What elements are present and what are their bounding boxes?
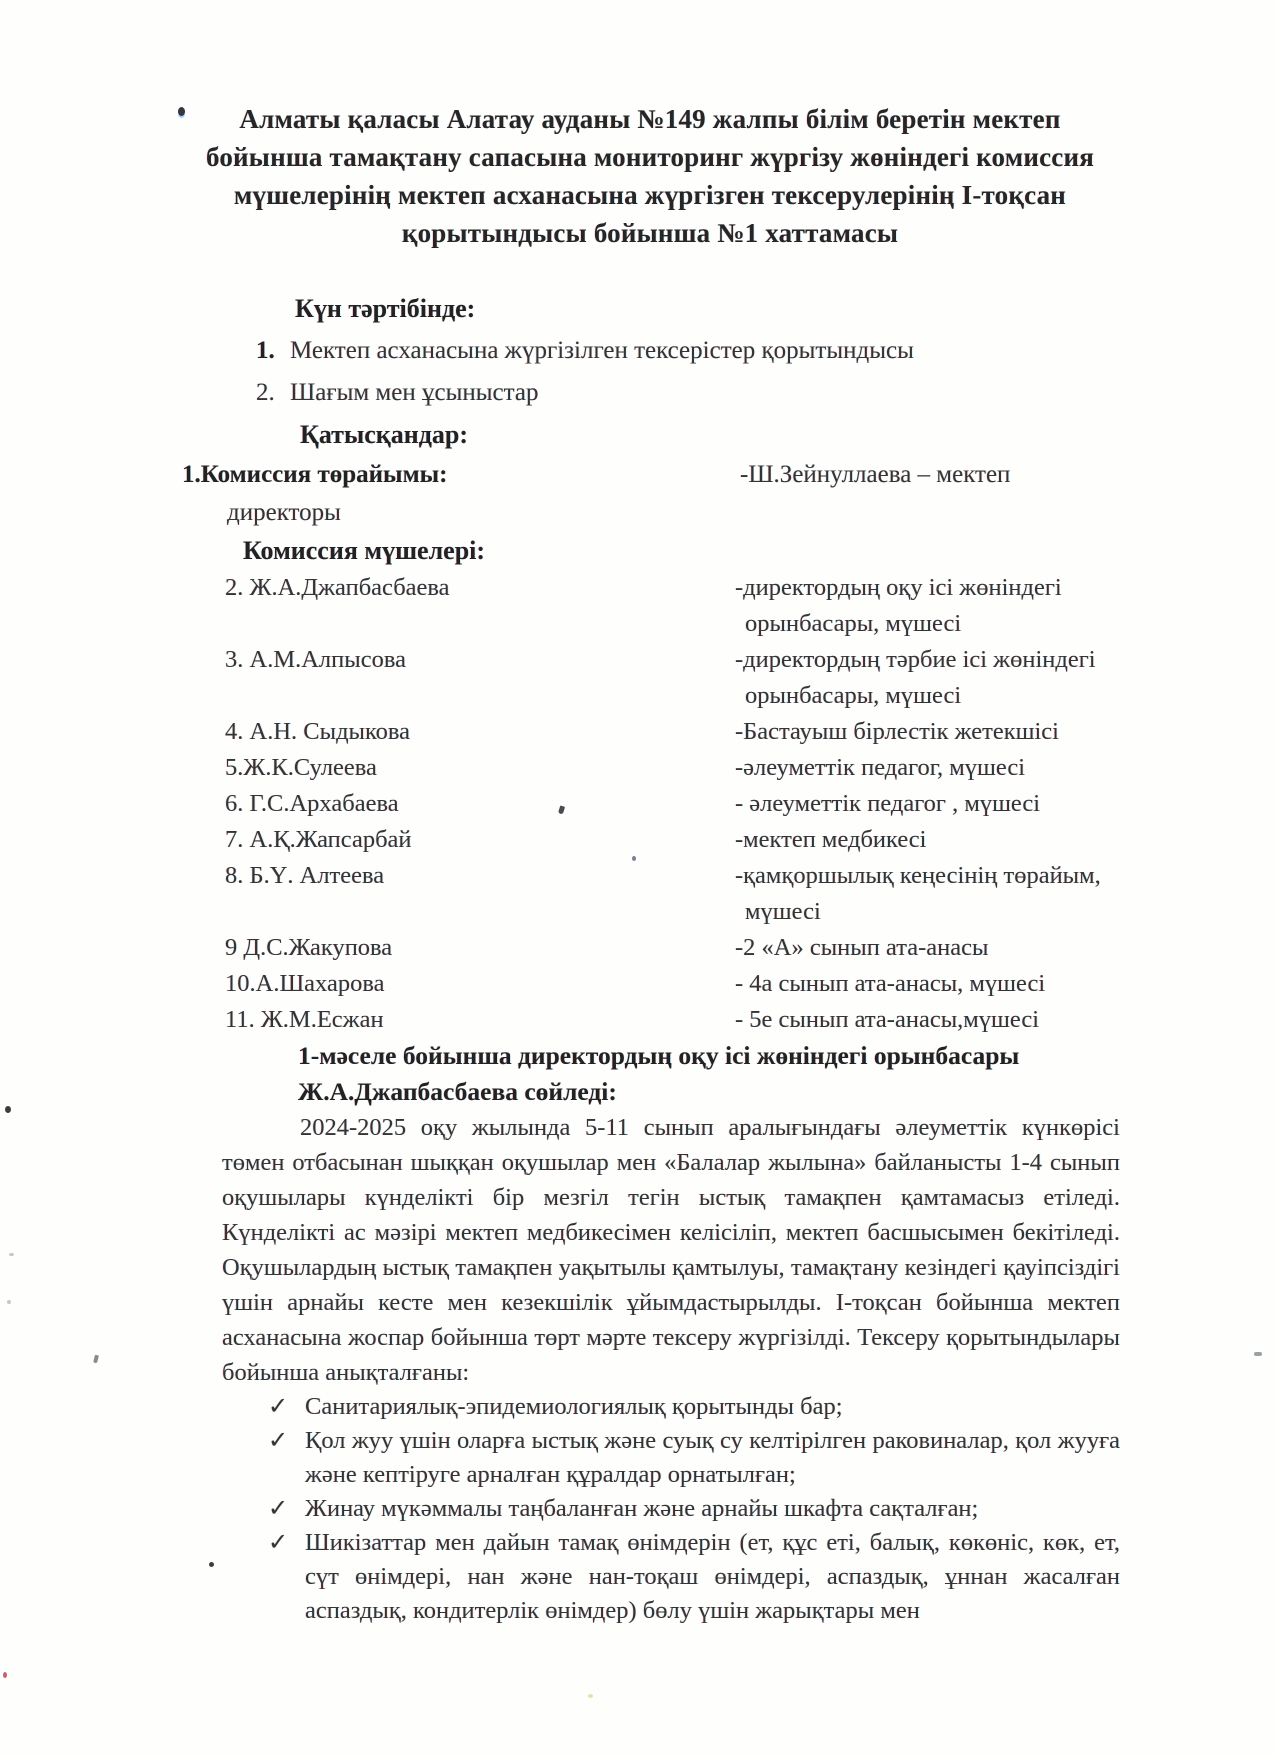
member-name: 6. Г.С.Архабаева xyxy=(225,786,735,822)
member-role: -2 «А» сынып ата-анасы xyxy=(735,930,988,966)
member-role: -Бастауыш бірлестік жетекшісі xyxy=(735,714,1059,750)
checklist-item: ✓ Жинау мүкәммалы таңбаланған және арнай… xyxy=(268,1492,1120,1526)
speech-heading-line1: 1-мәселе бойынша директордың оқу ісі жөн… xyxy=(298,1038,1275,1074)
agenda-item-text: Шағым мен ұсыныстар xyxy=(290,372,538,414)
member-name: 2. Ж.А.Джапбасбаева xyxy=(225,570,735,642)
checklist-item-text: Шикізаттар мен дайын тамақ өнімдерін (ет… xyxy=(305,1529,1120,1624)
agenda-item-number: 2. xyxy=(256,372,290,414)
body-paragraph: 2024-2025 оқу жылында 5-11 сынып аралығы… xyxy=(222,1110,1120,1390)
member-role-line2: орынбасары, мүшесі xyxy=(745,678,1096,714)
chairman-value-line2: директоры xyxy=(227,494,1275,532)
member-name: 5.Ж.К.Сулеева xyxy=(225,750,735,786)
scan-speck xyxy=(9,1253,14,1256)
scan-speck xyxy=(3,1672,7,1678)
member-row: 7. А.Қ.Жапсарбай -мектеп медбикесі xyxy=(225,822,1275,858)
checklist-item-text: Қол жуу үшін оларға ыстық және суық су к… xyxy=(305,1427,1120,1488)
member-row: 10.А.Шахарова - 4а сынып ата-анасы, мүше… xyxy=(225,966,1275,1002)
scan-speck xyxy=(5,1106,11,1113)
agenda-item-text: Мектеп асханасына жүргізілген тексерісте… xyxy=(290,330,914,372)
checkmark-icon: ✓ xyxy=(268,1390,288,1424)
scan-speck xyxy=(93,1355,99,1364)
member-row: 11. Ж.М.Есжан - 5е сынып ата-анасы,мүшес… xyxy=(225,1002,1275,1038)
participants-heading: Қатысқандар: xyxy=(300,414,1275,456)
member-row: 5.Ж.К.Сулеева -әлеуметтік педагог, мүшес… xyxy=(225,750,1275,786)
member-role: - 4а сынып ата-анасы, мүшесі xyxy=(735,966,1045,1002)
member-row: 4. А.Н. Сыдыкова -Бастауыш бірлестік жет… xyxy=(225,714,1275,750)
scan-speck xyxy=(1254,1352,1262,1356)
member-role: -директордың тәрбие ісі жөніндегіорынбас… xyxy=(735,642,1096,714)
agenda-item: 1. Мектеп асханасына жүргізілген тексері… xyxy=(256,330,1275,372)
title-line: мүшелерінің мектеп асханасына жүргізген … xyxy=(150,176,1150,214)
member-role: -мектеп медбикесі xyxy=(735,822,927,858)
findings-checklist: ✓ Санитариялық-эпидемиологиялық қорытынд… xyxy=(268,1390,1120,1628)
member-role: -директордың оқу ісі жөніндегіорынбасары… xyxy=(735,570,1062,642)
member-role-line2: мүшесі xyxy=(745,894,1101,930)
agenda-heading: Күн тәртібінде: xyxy=(295,288,1275,330)
checklist-item-text: Жинау мүкәммалы таңбаланған және арнайы … xyxy=(305,1495,978,1522)
member-role-line1: - 5е сынып ата-анасы,мүшесі xyxy=(735,1006,1039,1033)
checkmark-icon: ✓ xyxy=(268,1492,288,1526)
chairman-row: 1.Комиссия төрайымы: -Ш.Зейнуллаева – ме… xyxy=(182,456,1275,494)
member-name: 4. А.Н. Сыдыкова xyxy=(225,714,735,750)
member-name: 9 Д.С.Жакупова xyxy=(225,930,735,966)
member-role: - 5е сынып ата-анасы,мүшесі xyxy=(735,1002,1039,1038)
chairman-value: -Ш.Зейнуллаева – мектеп xyxy=(740,456,1010,494)
title-line: Алматы қаласы Алатау ауданы №149 жалпы б… xyxy=(150,100,1150,138)
checklist-item-text: Санитариялық-эпидемиологиялық қорытынды … xyxy=(305,1393,843,1420)
member-role-line1: - әлеуметтік педагог , мүшесі xyxy=(735,790,1040,817)
member-name: 7. А.Қ.Жапсарбай xyxy=(225,822,735,858)
members-heading: Комиссия мүшелері: xyxy=(243,532,1275,570)
checklist-item: ✓ Санитариялық-эпидемиологиялық қорытынд… xyxy=(268,1390,1120,1424)
document-title: Алматы қаласы Алатау ауданы №149 жалпы б… xyxy=(150,0,1150,252)
member-role-line1: -2 «А» сынып ата-анасы xyxy=(735,934,988,961)
member-role-line1: -директордың оқу ісі жөніндегі xyxy=(735,574,1062,601)
title-line: қорытындысы бойынша №1 хаттамасы xyxy=(150,214,1150,252)
title-line: бойынша тамақтану сапасына мониторинг жү… xyxy=(150,138,1150,176)
scanned-document-page: Алматы қаласы Алатау ауданы №149 жалпы б… xyxy=(0,0,1275,1754)
member-role-line1: -әлеуметтік педагог, мүшесі xyxy=(735,754,1025,781)
speech-heading-line2: Ж.А.Джапбасбаева сөйледі: xyxy=(298,1074,1275,1110)
member-role-line1: - 4а сынып ата-анасы, мүшесі xyxy=(735,970,1045,997)
scan-speck xyxy=(209,1562,214,1567)
member-role-line1: -Бастауыш бірлестік жетекшісі xyxy=(735,718,1059,745)
scan-speck xyxy=(588,1694,593,1698)
checkmark-icon: ✓ xyxy=(268,1526,288,1560)
member-row: 8. Б.Ү. Алтеева -қамқоршылық кеңесінің т… xyxy=(225,858,1275,930)
member-name: 10.А.Шахарова xyxy=(225,966,735,1002)
member-role: -қамқоршылық кеңесінің төрайым,мүшесі xyxy=(735,858,1101,930)
checklist-item: ✓ Қол жуу үшін оларға ыстық және суық су… xyxy=(268,1424,1120,1492)
member-row: 2. Ж.А.Джапбасбаева -директордың оқу ісі… xyxy=(225,570,1275,642)
checkmark-icon: ✓ xyxy=(268,1424,288,1458)
checklist-item: ✓ Шикізаттар мен дайын тамақ өнімдерін (… xyxy=(268,1526,1120,1628)
agenda-item-number: 1. xyxy=(256,330,290,372)
member-role-line1: -мектеп медбикесі xyxy=(735,826,927,853)
scan-speck xyxy=(7,1300,11,1304)
chairman-label: 1.Комиссия төрайымы: xyxy=(182,456,740,494)
member-row: 3. А.М.Алпысова -директордың тәрбие ісі … xyxy=(225,642,1275,714)
member-role-line1: -директордың тәрбие ісі жөніндегі xyxy=(735,646,1096,673)
member-role: -әлеуметтік педагог, мүшесі xyxy=(735,750,1025,786)
member-role: - әлеуметтік педагог , мүшесі xyxy=(735,786,1040,822)
member-row: 9 Д.С.Жакупова -2 «А» сынып ата-анасы xyxy=(225,930,1275,966)
member-row: 6. Г.С.Архабаева - әлеуметтік педагог , … xyxy=(225,786,1275,822)
member-name: 11. Ж.М.Есжан xyxy=(225,1002,735,1038)
member-name: 8. Б.Ү. Алтеева xyxy=(225,858,735,930)
member-role-line1: -қамқоршылық кеңесінің төрайым, xyxy=(735,862,1101,889)
member-name: 3. А.М.Алпысова xyxy=(225,642,735,714)
member-role-line2: орынбасары, мүшесі xyxy=(745,606,1062,642)
agenda-item: 2. Шағым мен ұсыныстар xyxy=(256,372,1275,414)
